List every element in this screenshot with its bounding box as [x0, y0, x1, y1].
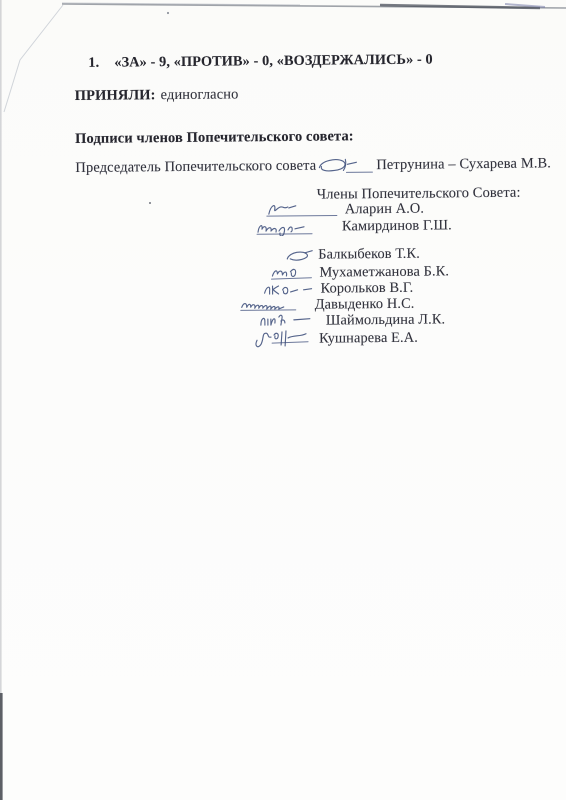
member-name: Мухаметжанова Б.К. — [319, 263, 449, 281]
member-name: Кушнарева Е.А. — [319, 329, 418, 347]
accepted-line: ПРИНЯЛИ:единогласно — [75, 86, 239, 105]
chairman-name: Петрунина – Сухарева М.В. — [376, 155, 551, 174]
document-content: 1.«ЗА» - 9, «ПРОТИВ» - 0, «ВОЗДЕРЖАЛИСЬ»… — [0, 0, 566, 800]
member-signature-row: Балкыбеков Т.К. — [282, 246, 420, 264]
vote-results-text: «ЗА» - 9, «ПРОТИВ» - 0, «ВОЗДЕРЖАЛИСЬ» -… — [114, 52, 433, 71]
member-signature-row: Камирдинов Г.Ш. — [254, 216, 452, 236]
signature-icon-alarin — [261, 200, 341, 219]
signature-icon-korolkov — [259, 281, 316, 298]
chairman-signature-icon — [316, 155, 374, 176]
signatures-heading: Подписи членов Попечительского совета: — [75, 128, 354, 148]
member-signature-row: Мухаметжанова Б.К. — [267, 262, 449, 282]
signature-icon-balkybekov — [282, 247, 314, 263]
scanned-page: 1.«ЗА» - 9, «ПРОТИВ» - 0, «ВОЗДЕРЖАЛИСЬ»… — [0, 0, 566, 800]
member-name: Аларин А.О. — [345, 200, 424, 218]
signature-icon-mukhametzhanova — [267, 264, 315, 282]
member-name: Балкыбеков Т.К. — [318, 246, 420, 264]
accepted-value: единогласно — [161, 86, 239, 103]
vote-results-line: 1.«ЗА» - 9, «ПРОТИВ» - 0, «ВОЗДЕРЖАЛИСЬ»… — [88, 52, 433, 72]
member-name: Камирдинов Г.Ш. — [342, 217, 452, 235]
vote-item-number: 1. — [88, 55, 99, 71]
signature-icon-kamirdinov — [254, 217, 338, 236]
member-signature-row: Кушнарева Е.А. — [250, 327, 418, 351]
signature-icon-kushnareva — [250, 328, 315, 351]
accepted-label: ПРИНЯЛИ: — [75, 87, 156, 104]
chairman-line: Председатель Попечительского совета Петр… — [75, 153, 551, 178]
chairman-label: Председатель Попечительского совета — [75, 157, 316, 176]
